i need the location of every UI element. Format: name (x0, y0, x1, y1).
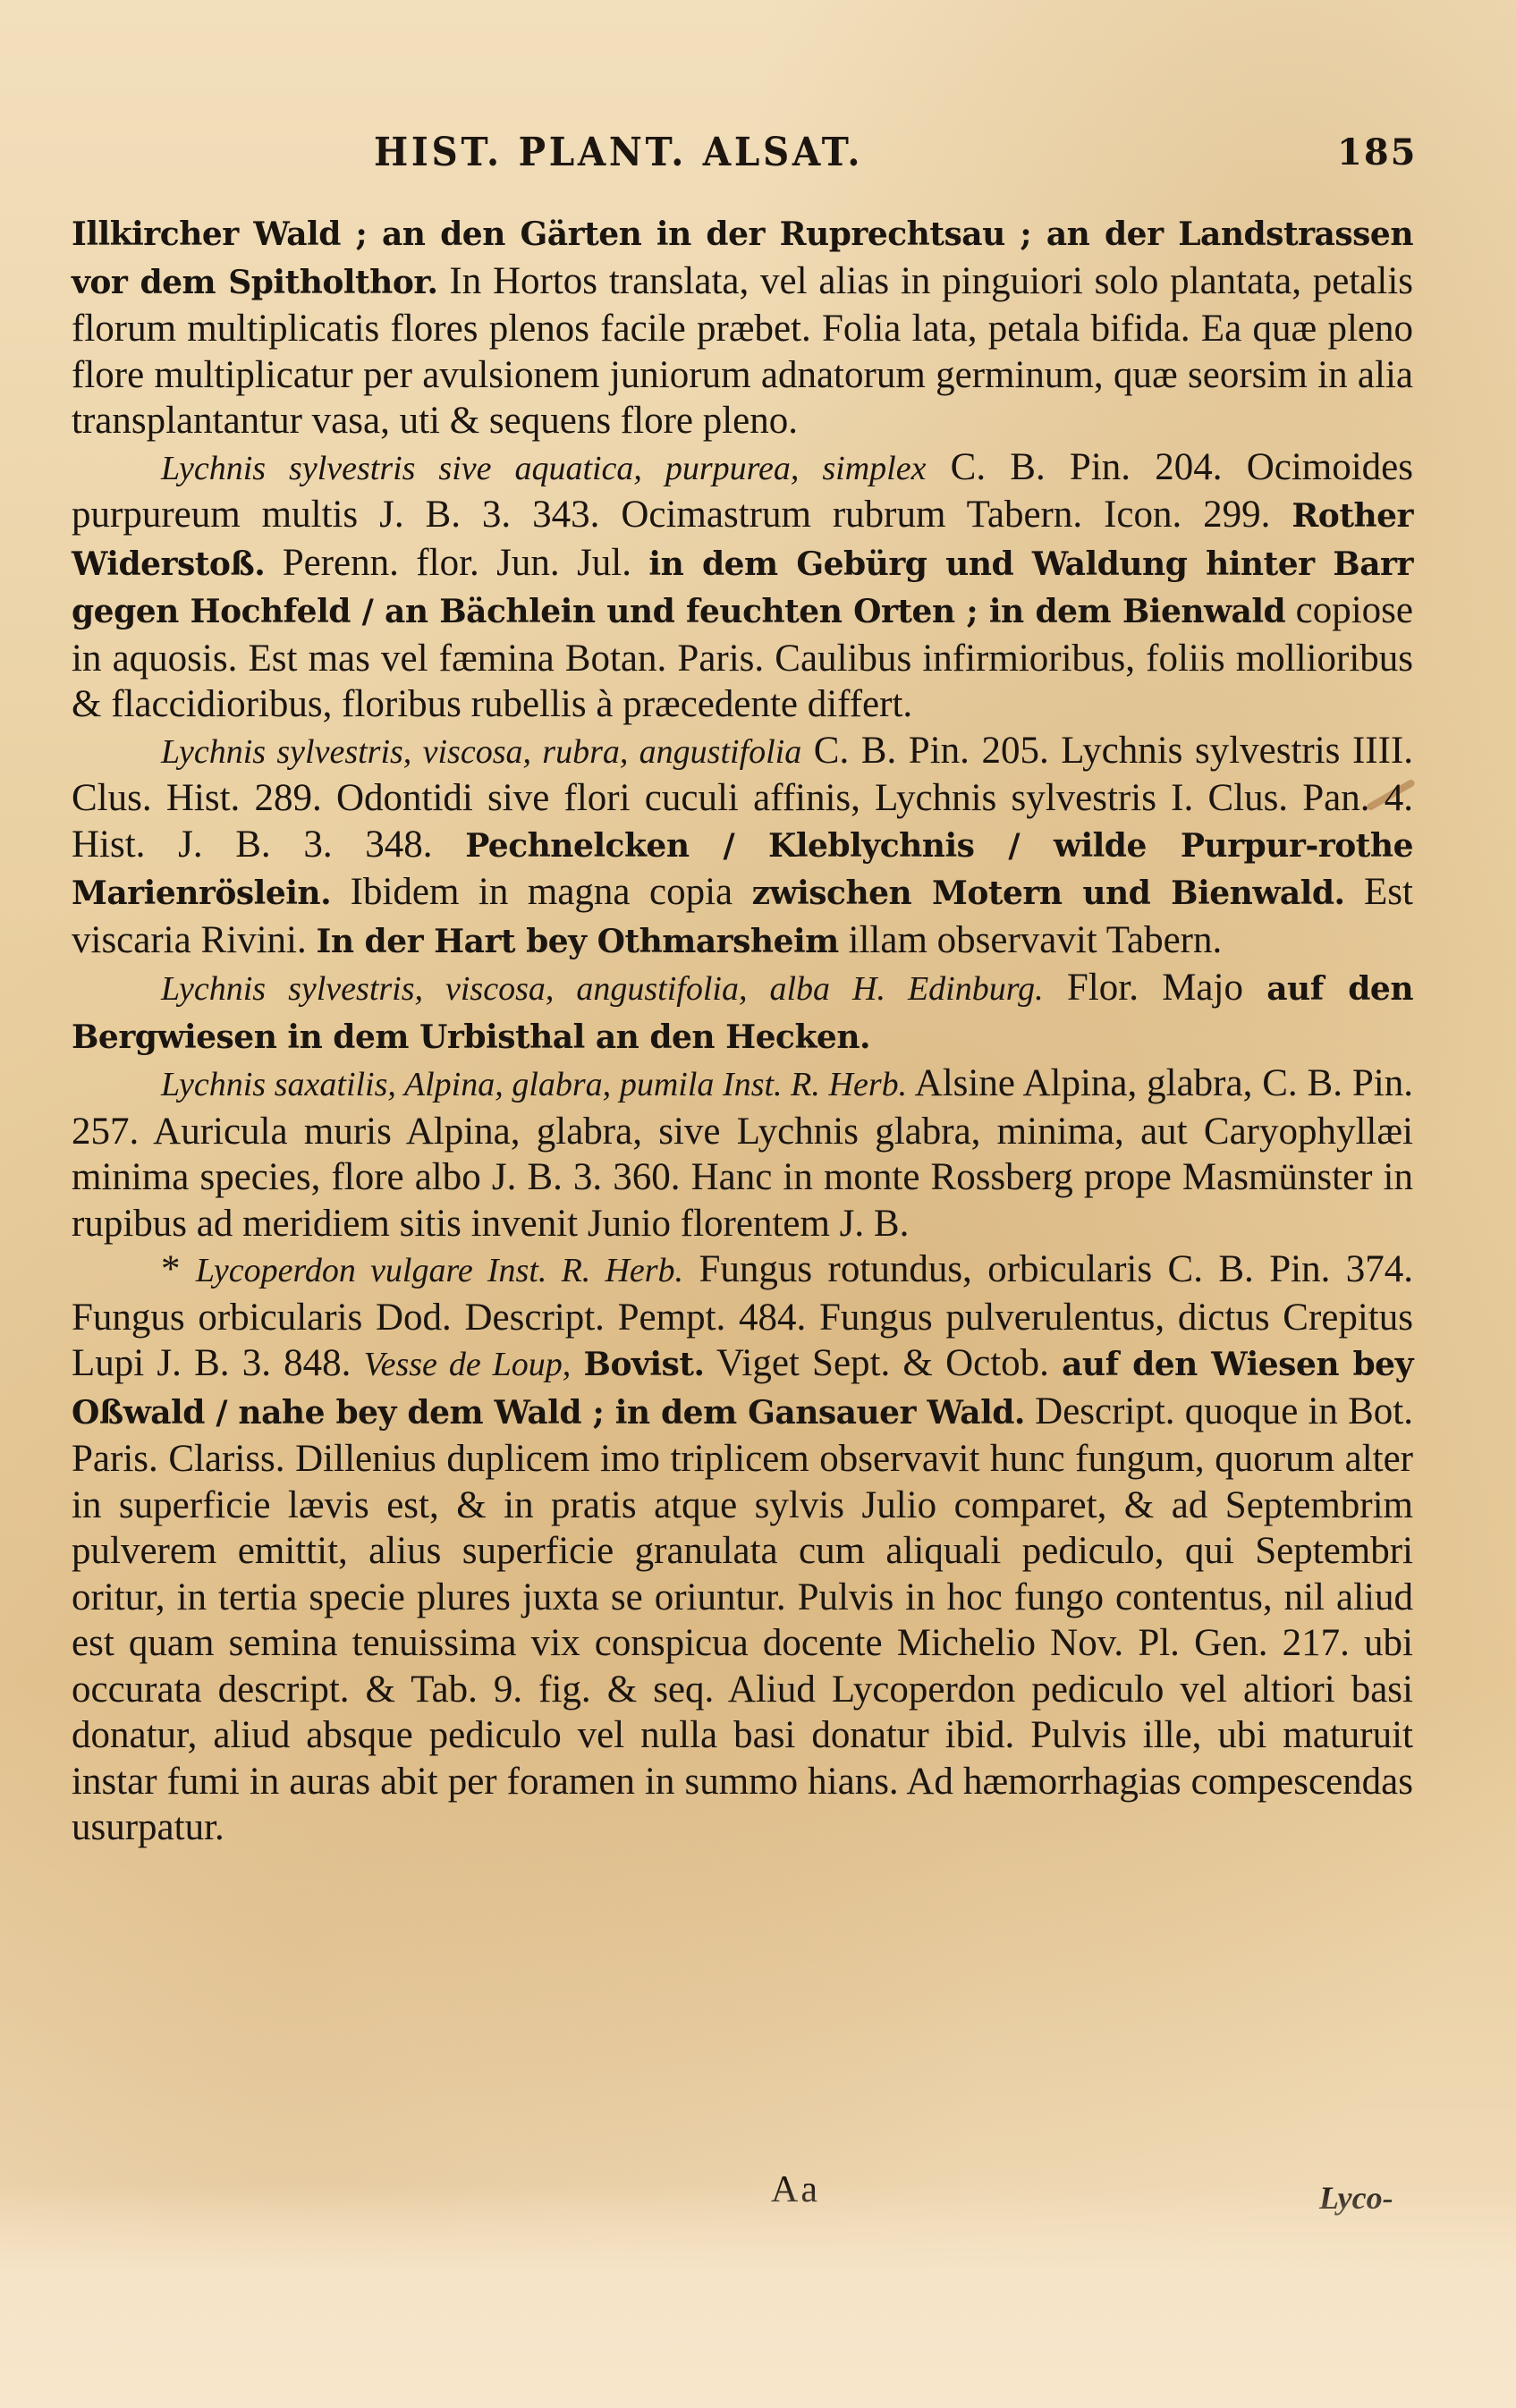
latin-name: Lychnis sylvestris, viscosa, angustifoli… (161, 970, 1044, 1008)
paragraph: * Lycoperdon vulgare Inst. R. Herb. Fung… (72, 1246, 1413, 1851)
latin-text: Descript. quoque in Bot. Paris. Clariss.… (72, 1390, 1413, 1849)
running-title: HIST. PLANT. ALSAT. (374, 130, 863, 175)
page-footer: Aa Lyco- (0, 2168, 1516, 2222)
german-text: Bovist. (584, 1346, 705, 1383)
signature-mark: Aa (771, 2168, 820, 2211)
latin-name: Lycoperdon vulgare Inst. R. Herb. (196, 1252, 683, 1289)
running-head: HIST. PLANT. ALSAT. 185 (0, 130, 1516, 183)
latin-text: Ibidem in magna copia (331, 871, 752, 913)
latin-name: Lychnis sylvestris sive aquatica, purpur… (161, 450, 926, 487)
latin-text: Viget Sept. & Octob. (704, 1342, 1062, 1384)
latin-text: illam observavit Tabern. (839, 919, 1222, 961)
german-text: zwischen Motern und Bienwald. (752, 874, 1345, 912)
paragraph: Lychnis sylvestris, viscosa, rubra, angu… (72, 728, 1413, 966)
page-number: 185 (1337, 131, 1418, 173)
catchword: Lyco- (1319, 2179, 1393, 2217)
latin-name: Lychnis saxatilis, Alpina, glabra, pumil… (161, 1066, 907, 1103)
latin-name: Vesse de Loup, (364, 1346, 572, 1383)
german-text: In der Hart bey Othmarsheim (316, 923, 838, 960)
body-text: Illkircher Wald ; an den Gärten in der R… (72, 210, 1413, 1851)
latin-name: Lychnis sylvestris, viscosa, rubra, angu… (161, 733, 801, 771)
paragraph: Illkircher Wald ; an den Gärten in der R… (72, 210, 1413, 444)
paragraph: Lychnis saxatilis, Alpina, glabra, pumil… (72, 1060, 1413, 1246)
latin-text: * (161, 1248, 196, 1290)
latin-text: Flor. Majo (1044, 967, 1267, 1009)
latin-text: Perenn. flor. Jun. Jul. (265, 542, 648, 584)
paragraph: Lychnis sylvestris sive aquatica, purpur… (72, 444, 1413, 728)
book-page: HIST. PLANT. ALSAT. 185 Illkircher Wald … (0, 0, 1516, 2408)
paragraph: Lychnis sylvestris, viscosa, angustifoli… (72, 965, 1413, 1060)
latin-text (571, 1342, 583, 1384)
